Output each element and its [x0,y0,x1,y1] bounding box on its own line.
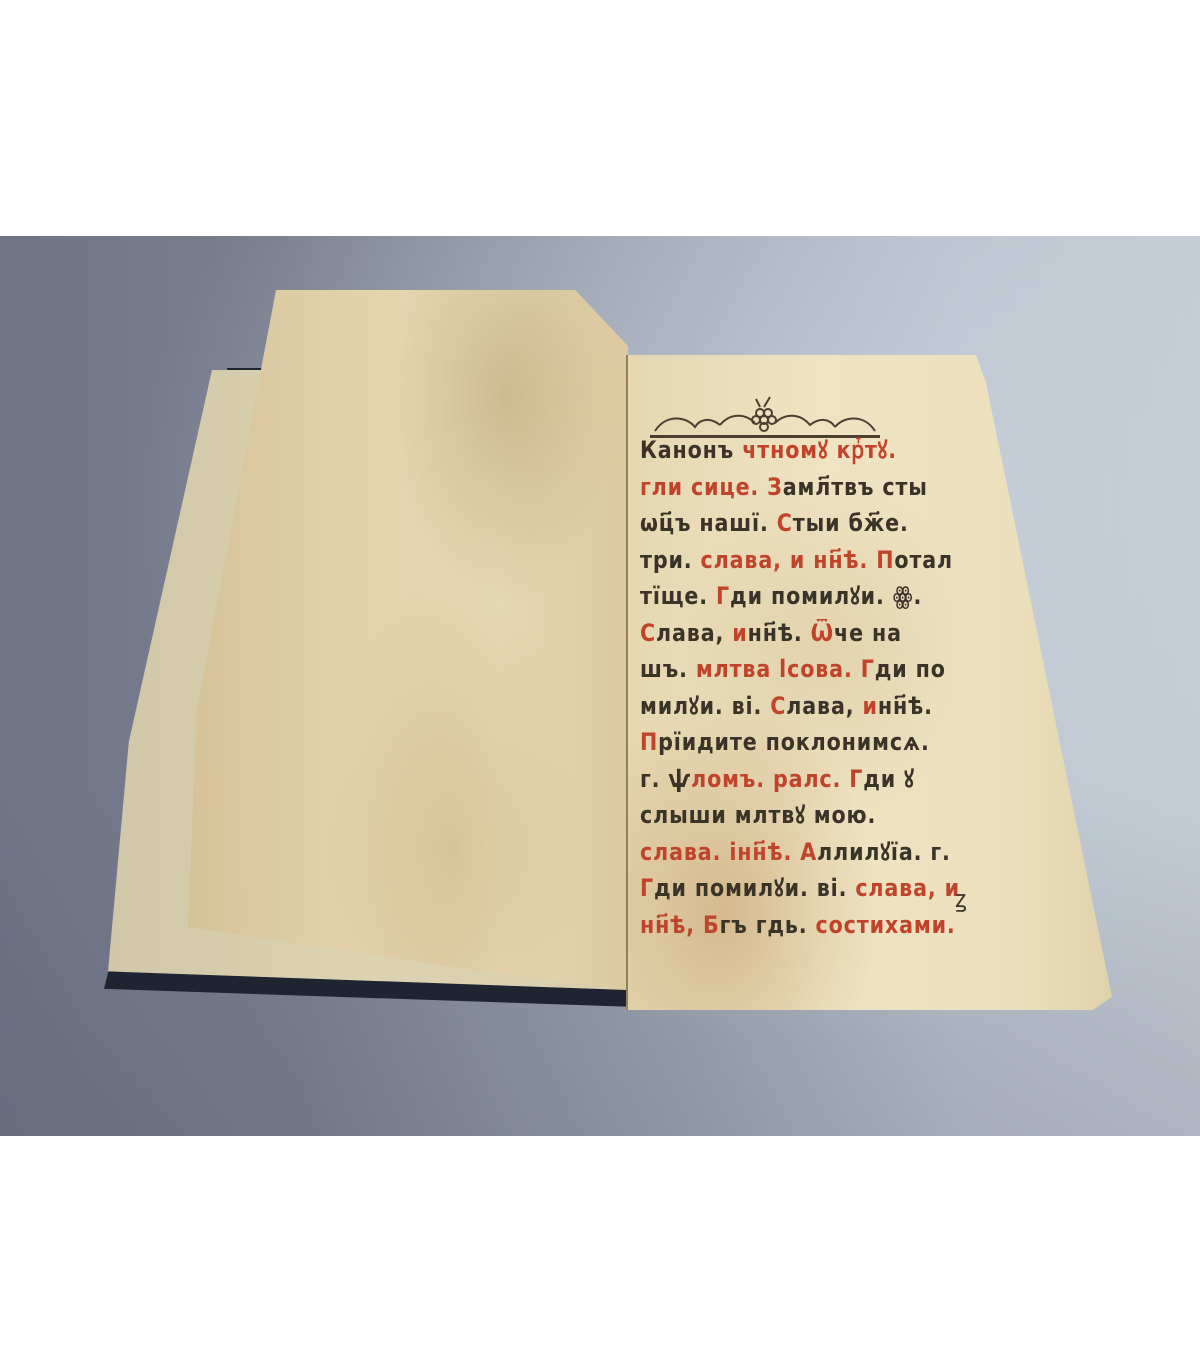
manuscript-line: тїще. Гди помилꙋи. ꙮ. [640,578,924,615]
rubric-text: и [732,619,747,647]
rubric-text: млтва ӏсова. [696,655,861,683]
manuscript-line: слыши млтвꙋ мою. [640,797,924,834]
rubric-text: слава. інн҃ѣ. [640,838,800,866]
manuscript-line: г. ѱломъ. ралс. Гди ꙋ [640,761,924,798]
rubric-text: состихами. [816,911,956,939]
black-text: тїще. [640,582,716,610]
manuscript-line: гли сице. Замл҃твъ сты [640,469,924,506]
rubric-text: С [640,619,656,647]
rubric-text: З [767,473,783,501]
rubric-text: Г [849,765,863,793]
manuscript-text: Канонъ чтномꙋ крⷮтꙋ.гли сице. Замл҃твъ с… [640,432,970,943]
black-text: милꙋи. ві. [640,692,770,720]
manuscript-line: ѡц҃ъ нашї. Стыи бж҃е. [640,505,924,542]
rubric-text: слава, и [855,874,960,902]
black-text: ди ꙋ [863,765,914,793]
black-text: отал [894,546,953,574]
black-text: лава, [786,692,862,720]
rubric-text: Ѿ [811,619,834,647]
black-text: амл҃твъ сты [783,473,928,501]
black-text: лава, [656,619,732,647]
manuscript-line: милꙋи. ві. Слава, инн҃ѣ. [640,688,924,725]
black-text: ллилꙋїа. г. [817,838,951,866]
manuscript-line: нн҃ѣ, Бгъ гдь. состихами. [640,907,924,944]
rubric-text: С [777,509,793,537]
rubric-text: ломъ. ралс. [691,765,849,793]
black-text: ѡц҃ъ нашї. [640,509,777,537]
black-text: че на [834,619,902,647]
manuscript-line: Канонъ чтномꙋ крⷮтꙋ. [640,432,924,469]
vine-ornament-icon [650,395,880,435]
black-text: тыи бж҃е. [793,509,909,537]
rubric-text: Г [716,582,730,610]
black-text: слыши млтвꙋ мою. [640,801,876,829]
rubric-text: и [862,692,877,720]
black-text: ди по [875,655,946,683]
rubric-text: С [770,692,786,720]
black-text: нн҃ѣ. [748,619,811,647]
black-text: ди помилꙋи. ꙮ. [730,582,922,610]
black-text: ди помилꙋи. ві. [654,874,855,902]
manuscript-line: шъ. млтва ӏсова. Гди по [640,651,924,688]
manuscript-line: Гди помилꙋи. ві. слава, и [640,870,924,907]
manuscript-line: слава. інн҃ѣ. Аллилꙋїа. г. [640,834,924,871]
rubric-text: Г [640,874,654,902]
rubric-text: слава, и нн҃ѣ. [701,546,877,574]
black-text: Канонъ [640,436,742,464]
manuscript-line: Слава, инн҃ѣ. Ѿче на [640,615,924,652]
rubric-text: нн҃ѣ, [640,911,703,939]
manuscript-line: три. слава, и нн҃ѣ. Потал [640,542,924,579]
photograph: Канонъ чтномꙋ крⷮтꙋ.гли сице. Замл҃твъ с… [0,236,1200,1136]
rubric-text: гли сице. [640,473,767,501]
black-text: шъ. [640,655,696,683]
black-text: нн҃ѣ. [878,692,933,720]
book-gutter [626,355,628,1005]
rubric-text: Г [861,655,875,683]
rubric-text: П [876,546,894,574]
rubric-text: А [800,838,817,866]
black-text: рїидите поклонимсѧ. [658,728,930,756]
manuscript-line: Прїидите поклонимсѧ. [640,724,924,761]
black-text: три. [640,546,701,574]
black-text: гъ гдь. [720,911,816,939]
black-text: г. ѱ [640,765,691,793]
rubric-text: Б [703,911,720,939]
rubric-text: П [640,728,658,756]
folio-number: ꙁ [955,882,966,915]
rubric-text: чтномꙋ крⷮтꙋ. [742,436,897,464]
